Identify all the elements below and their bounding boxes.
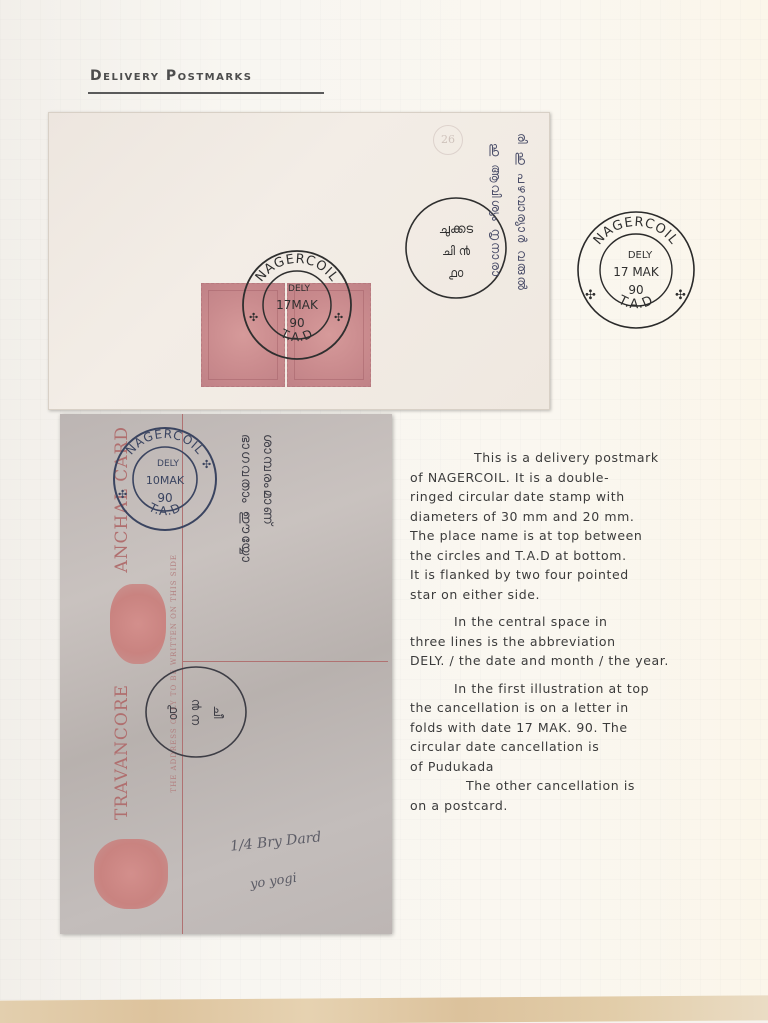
note-line: the circles and T.A.D at bottom. <box>410 546 730 566</box>
svg-text:✣: ✣ <box>118 488 127 501</box>
svg-text:൯ ന: ൯ ന <box>189 699 203 726</box>
svg-text:DELY: DELY <box>288 284 310 294</box>
note-line: In the central space in <box>410 612 730 632</box>
svg-text:✣: ✣ <box>334 311 343 324</box>
svg-text:90: 90 <box>628 283 643 297</box>
svg-text:൧൦: ൧൦ <box>167 705 181 720</box>
svg-text:✣: ✣ <box>675 288 686 303</box>
album-page: Delivery Postmarks 26 NAGERCOIL T.A.D DE… <box>0 0 768 1000</box>
pencil-number: 26 <box>433 125 463 155</box>
note-line: DELY. / the date and month / the year. <box>410 651 730 671</box>
postcard-divider-horizontal <box>182 661 388 662</box>
svg-text:ചുക്കട: ചുക്കട <box>439 222 474 237</box>
svg-text:NAGERCOIL: NAGERCOIL <box>591 215 681 248</box>
svg-text:17MAK: 17MAK <box>276 298 319 312</box>
note-line: The other cancellation is <box>410 776 730 796</box>
svg-text:൧൦: ൧൦ <box>449 266 464 280</box>
note-line: on a postcard. <box>410 796 730 816</box>
page-title: Delivery Postmarks <box>90 68 253 84</box>
note-line: ringed circular date stamp with <box>410 487 730 507</box>
svg-text:✣: ✣ <box>249 311 258 324</box>
note-line: diameters of 30 mm and 20 mm. <box>410 507 730 527</box>
note-line: of NAGERCOIL. It is a double- <box>410 468 730 488</box>
svg-text:NAGERCOIL: NAGERCOIL <box>123 427 207 458</box>
album-binding-strip <box>0 995 768 1023</box>
postcard-pencil-note-1: 1/4 Bry Dard <box>229 829 322 854</box>
note-line: of Pudukada <box>410 757 730 777</box>
svg-text:DELY: DELY <box>628 250 653 261</box>
travancore-label: TRAVANCORE <box>112 684 132 820</box>
note-line: star on either side. <box>410 585 730 605</box>
svg-text:ചി ൯: ചി ൯ <box>442 244 471 258</box>
crest-emblem <box>110 584 166 664</box>
note-line: It is flanked by two four pointed <box>410 565 730 585</box>
postcard-cover: ANCHAL CARD TRAVANCORE THE ADDRESS ONLY … <box>60 414 392 934</box>
stamp-impression <box>94 839 168 909</box>
note-line: In the first illustration at top <box>410 679 730 699</box>
letter-cover: 26 NAGERCOIL T.A.D DELY 17MAK 90 ✣ ✣ ചുക… <box>48 112 550 410</box>
note-line: the cancellation is on a letter in <box>410 698 730 718</box>
svg-text:90: 90 <box>289 316 304 330</box>
svg-text:✣: ✣ <box>202 458 211 471</box>
note-line: This is a delivery postmark <box>410 448 730 468</box>
svg-text:✣: ✣ <box>585 288 596 303</box>
postcard-pencil-note-2: yo yogi <box>249 871 298 892</box>
svg-text:NAGERCOIL: NAGERCOIL <box>253 252 342 285</box>
postcard-secondary-postmark: ചീ ൯ ന ൧൦ <box>144 664 248 760</box>
postcard-manuscript-line-2: ശാമ്പരംമാണ് <box>260 434 275 664</box>
note-line: The place name is at top between <box>410 526 730 546</box>
drawn-postmark-diagram: NAGERCOIL T.A.D DELY 17 MAK 90 ✣ ✣ <box>574 208 698 332</box>
svg-text:90: 90 <box>157 491 172 505</box>
svg-text:10MAK: 10MAK <box>146 474 185 487</box>
svg-text:DELY: DELY <box>157 459 179 469</box>
nagercoil-postmark-letter: NAGERCOIL T.A.D DELY 17MAK 90 ✣ ✣ <box>239 247 355 363</box>
note-line: circular date cancellation is <box>410 737 730 757</box>
postcard-manuscript-line-1: ഭാഗവതാം ഈയ്യോ <box>238 434 253 644</box>
note-line: folds with date 17 MAK. 90. The <box>410 718 730 738</box>
description-notes: This is a delivery postmark of NAGERCOIL… <box>410 448 730 815</box>
nagercoil-postmark-postcard: NAGERCOIL T.A.D DELY 10MAK 90 ✣ ✣ <box>110 424 220 534</box>
svg-text:17 MAK: 17 MAK <box>613 265 660 279</box>
manuscript-line-1: ഹു ആവിശ്യം നൃനാരാ <box>489 143 503 393</box>
svg-text:ചീ: ചീ <box>211 706 225 719</box>
title-underline <box>88 92 324 94</box>
manuscript-line-2: രി ഹു പഴവാര്യാർ വരുൽ <box>515 133 529 393</box>
note-line: three lines is the abbreviation <box>410 632 730 652</box>
